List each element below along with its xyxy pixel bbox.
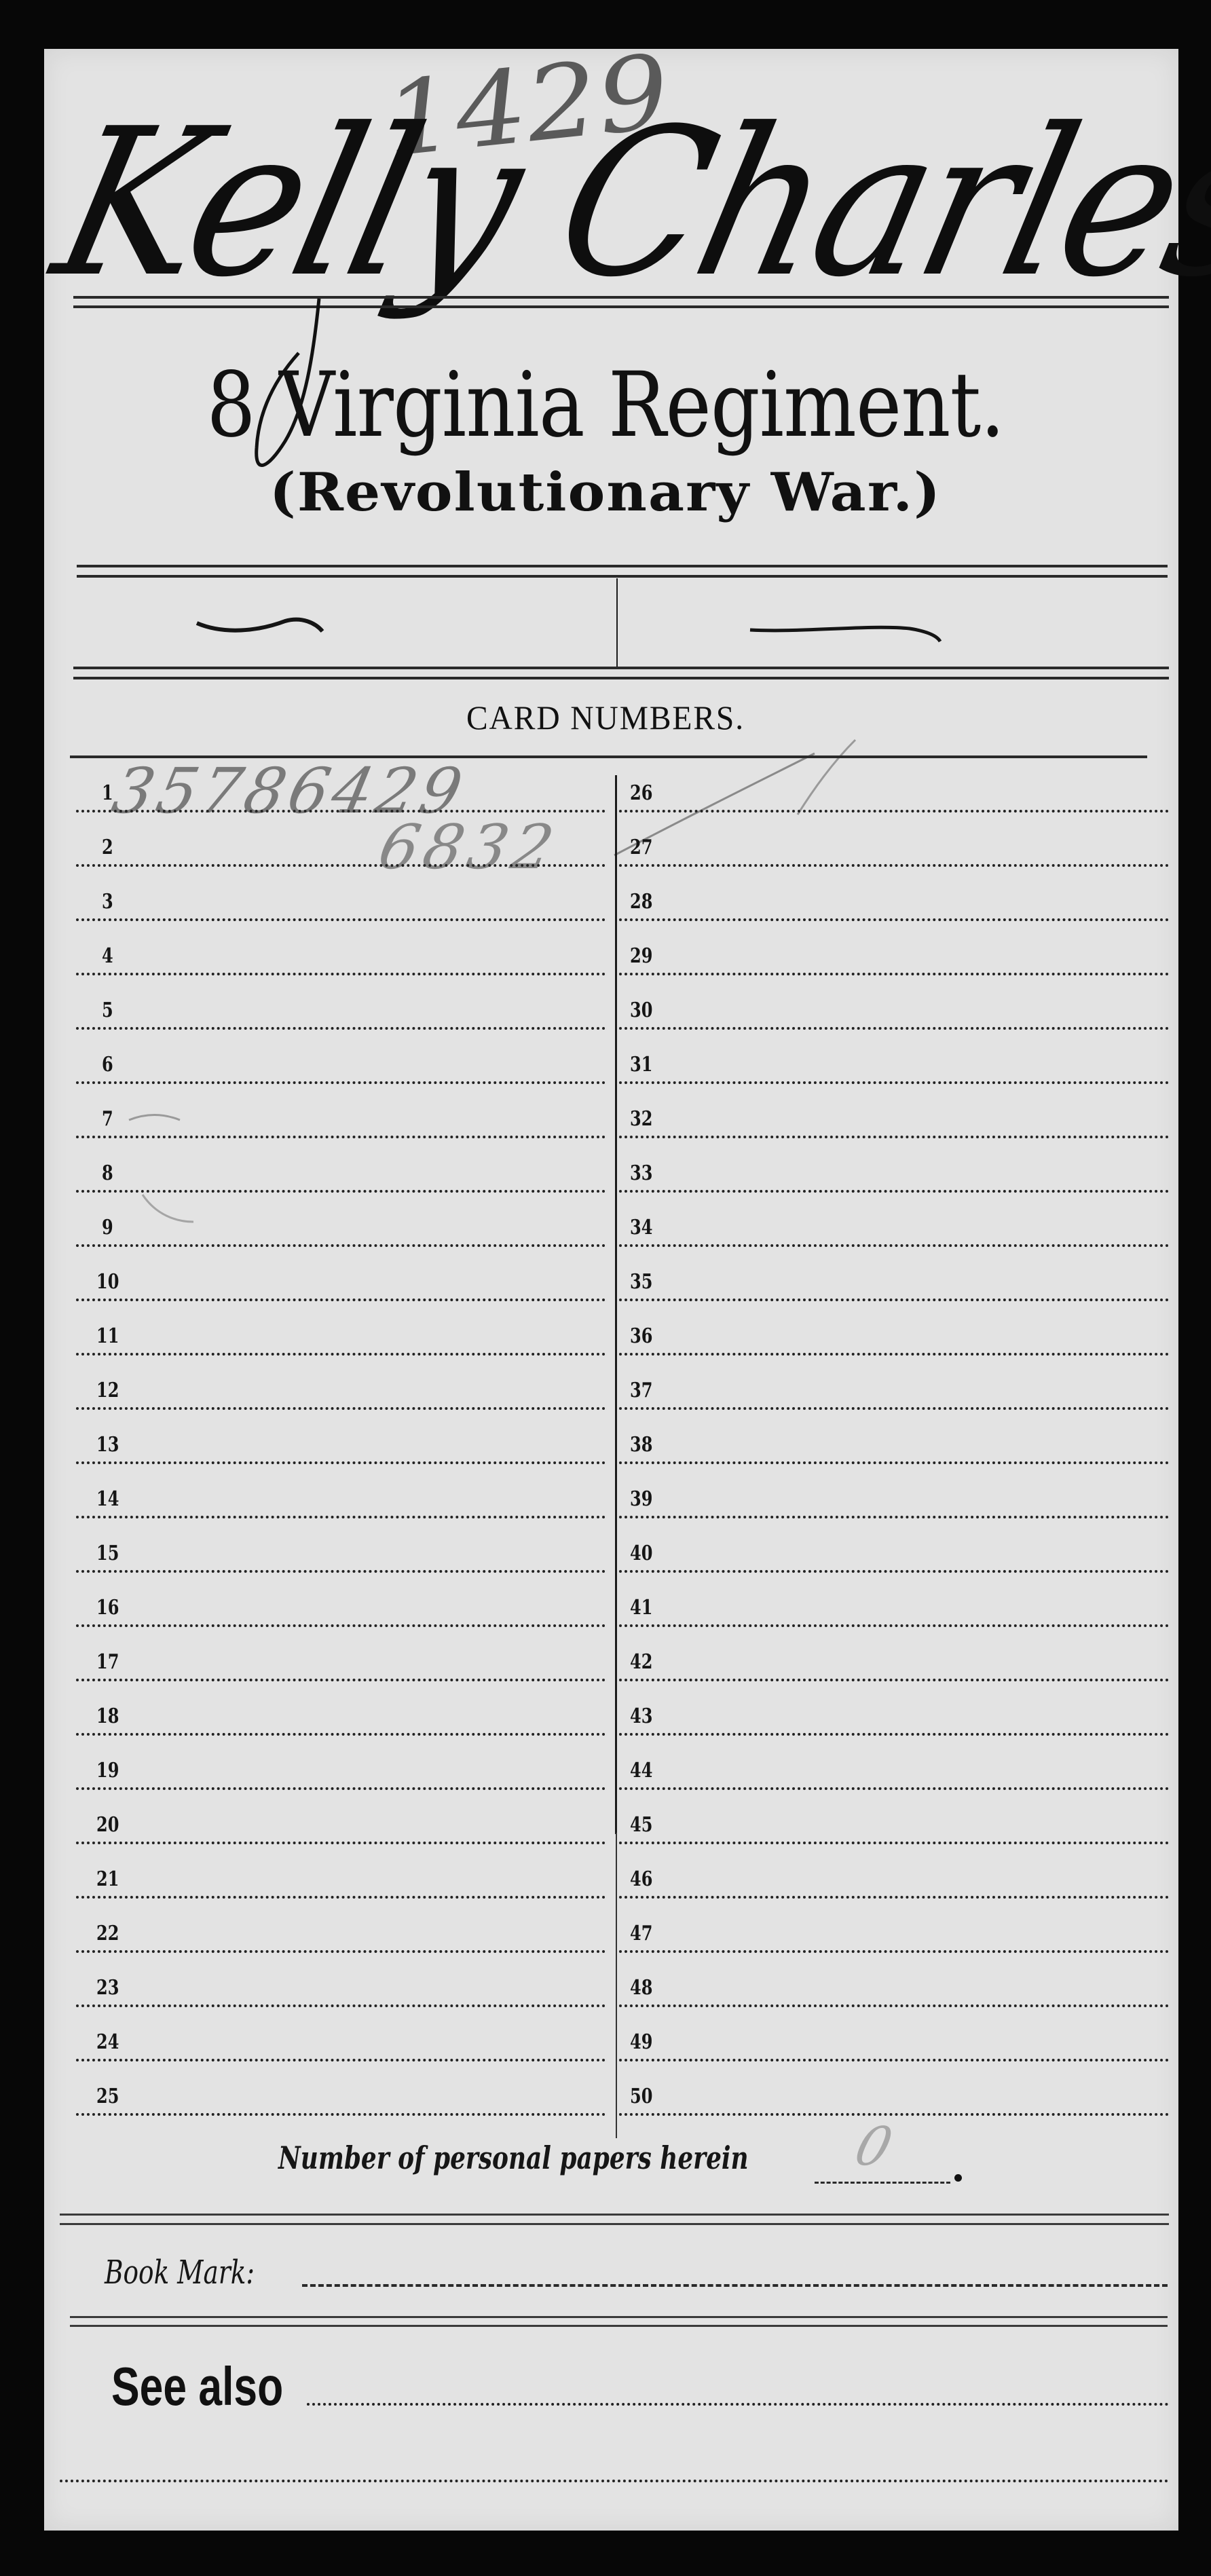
card-row-number-right: 45 <box>630 1813 652 1837</box>
card-row-number-right: 44 <box>630 1759 652 1782</box>
card-row-number-right: 27 <box>630 836 652 859</box>
card-row-number-right: 29 <box>630 944 652 968</box>
card-row-number-left: 4 <box>102 944 113 968</box>
card-row-number-left: 24 <box>96 2030 119 2054</box>
card-row-number-right: 35 <box>630 1270 652 1294</box>
card-row-field-right[interactable] <box>619 918 1169 921</box>
card-row-field-left[interactable] <box>76 1842 605 1844</box>
card-row-number-right: 34 <box>630 1216 652 1239</box>
card-row-field-left[interactable] <box>76 2059 605 2061</box>
card-row-number-left: 2 <box>102 836 113 859</box>
card-row-number-left: 16 <box>96 1596 119 1620</box>
card-row-number-left: 3 <box>102 890 113 914</box>
card-row-field-right[interactable] <box>619 2113 1169 2116</box>
personal-papers-period <box>954 2174 962 2182</box>
papers-rule-b <box>60 2223 1169 2225</box>
card-row-field-left[interactable] <box>76 918 605 921</box>
book-mark-label: Book Mark: <box>105 2254 255 2292</box>
card-row-number-left: 25 <box>96 2085 119 2108</box>
card-row-number-right: 36 <box>630 1324 652 1348</box>
card-row-field-right[interactable] <box>619 2004 1169 2007</box>
card-row-field-left[interactable] <box>76 1624 605 1627</box>
card-row-field-left[interactable] <box>76 2113 605 2116</box>
card-row-number-left: 10 <box>96 1270 119 1294</box>
papers-rule-a <box>60 2214 1169 2216</box>
card-row-field-right[interactable] <box>619 1461 1169 1464</box>
card-row-number-right: 41 <box>630 1596 652 1620</box>
card-row-number-right: 37 <box>630 1379 652 1402</box>
card-row-number-right: 47 <box>630 1922 652 1945</box>
card-row-field-right[interactable] <box>619 1136 1169 1138</box>
card-row-field-right[interactable] <box>619 1027 1169 1030</box>
card-row-number-left: 11 <box>96 1324 119 1348</box>
card-row-field-right[interactable] <box>619 1299 1169 1301</box>
card-row-number-right: 28 <box>630 890 652 914</box>
card-row-number-left: 6 <box>102 1053 113 1077</box>
card-columns-divider <box>615 775 617 1834</box>
personal-papers-field[interactable] <box>815 2182 950 2184</box>
card-row-field-right[interactable] <box>619 1842 1169 1844</box>
card-row-number-right: 26 <box>630 781 652 805</box>
card-row-field-left[interactable] <box>76 1896 605 1899</box>
card-row-field-right[interactable] <box>619 1353 1169 1356</box>
bookmark-rule-a <box>70 2316 1168 2318</box>
card-row-number-right: 30 <box>630 998 652 1022</box>
handwriting-strokes <box>0 0 1211 2576</box>
card-row-field-left[interactable] <box>76 1950 605 1953</box>
bookmark-rule-b <box>70 2325 1168 2327</box>
card-row-number-left: 19 <box>96 1759 119 1782</box>
card-row-number-right: 40 <box>630 1542 652 1565</box>
card-numbers-heading: CARD NUMBERS. <box>31 698 1181 737</box>
card-row-field-right[interactable] <box>619 1733 1169 1736</box>
card-row-number-left: 20 <box>96 1813 119 1837</box>
card-row-field-left[interactable] <box>76 1136 605 1138</box>
card-row-field-left[interactable] <box>76 810 605 813</box>
card-row-field-right[interactable] <box>619 1950 1169 1953</box>
card-row-number-right: 50 <box>630 2085 652 2108</box>
card-row-field-right[interactable] <box>619 2059 1169 2061</box>
card-row-field-left[interactable] <box>76 1679 605 1681</box>
book-mark-field[interactable] <box>302 2284 1168 2287</box>
card-row-field-left[interactable] <box>76 2004 605 2007</box>
card-row-field-right[interactable] <box>619 1624 1169 1627</box>
card-row-field-left[interactable] <box>76 1516 605 1518</box>
card-row-number-left: 14 <box>96 1487 119 1511</box>
card-row-number-left: 1 <box>102 781 113 805</box>
card-row-number-right: 33 <box>630 1161 652 1185</box>
card-row-number-left: 9 <box>102 1216 113 1239</box>
card-row-field-right[interactable] <box>619 1787 1169 1790</box>
card-row-field-left[interactable] <box>76 1733 605 1736</box>
card-row-field-left[interactable] <box>76 973 605 975</box>
card-row-number-right: 43 <box>630 1704 652 1728</box>
card-row-field-right[interactable] <box>619 1244 1169 1247</box>
see-also-field[interactable] <box>307 2403 1169 2406</box>
see-also-label: See also <box>111 2355 283 2418</box>
card-row-number-right: 39 <box>630 1487 652 1511</box>
card-row-number-right: 46 <box>630 1867 652 1891</box>
personal-papers-label: Number of personal papers herein <box>278 2140 749 2176</box>
card-row-number-left: 17 <box>96 1650 119 1674</box>
card-row-field-right[interactable] <box>619 1679 1169 1681</box>
card-row-field-left[interactable] <box>76 1353 605 1356</box>
card-row-number-left: 5 <box>102 998 113 1022</box>
card-row-field-left[interactable] <box>76 1244 605 1247</box>
card-row-field-left[interactable] <box>76 1407 605 1410</box>
card-row-field-right[interactable] <box>619 1570 1169 1573</box>
card-row-field-right[interactable] <box>619 1190 1169 1193</box>
card-row-number-right: 48 <box>630 1976 652 2000</box>
card-row-number-right: 49 <box>630 2030 652 2054</box>
card-row-number-left: 23 <box>96 1976 119 2000</box>
card-row-field-left[interactable] <box>76 1299 605 1301</box>
card-row-number-left: 21 <box>96 1867 119 1891</box>
card-row-field-left[interactable] <box>76 864 605 867</box>
card-entry-2: 6832 <box>373 812 565 883</box>
card-row-number-left: 13 <box>96 1433 119 1457</box>
card-row-field-right[interactable] <box>619 1896 1169 1899</box>
card-row-field-left[interactable] <box>76 1461 605 1464</box>
card-row-field-right[interactable] <box>619 973 1169 975</box>
card-row-number-left: 8 <box>102 1161 113 1185</box>
card-row-field-left[interactable] <box>76 1027 605 1030</box>
card-row-number-left: 22 <box>96 1922 119 1945</box>
card-columns-divider-lower <box>616 1833 617 2138</box>
card-row-field-left[interactable] <box>76 1787 605 1790</box>
card-row-field-left[interactable] <box>76 1190 605 1193</box>
card-row-number-left: 18 <box>96 1704 119 1728</box>
card-row-field-right[interactable] <box>619 864 1169 867</box>
card-row-field-right[interactable] <box>619 1081 1169 1084</box>
card-row-field-left[interactable] <box>76 1081 605 1084</box>
card-row-field-left[interactable] <box>76 1570 605 1573</box>
card-row-number-left: 7 <box>102 1107 113 1131</box>
card-row-field-right[interactable] <box>619 1516 1169 1518</box>
card-row-number-right: 32 <box>630 1107 652 1131</box>
card-row-field-right[interactable] <box>619 810 1169 813</box>
card-row-number-left: 12 <box>96 1379 119 1402</box>
card-row-number-left: 15 <box>96 1542 119 1565</box>
card-row-number-right: 38 <box>630 1433 652 1457</box>
card-row-field-right[interactable] <box>619 1407 1169 1410</box>
card-row-number-right: 31 <box>630 1053 652 1077</box>
card-row-number-right: 42 <box>630 1650 652 1674</box>
see-also-field-line-2[interactable] <box>60 2480 1169 2482</box>
